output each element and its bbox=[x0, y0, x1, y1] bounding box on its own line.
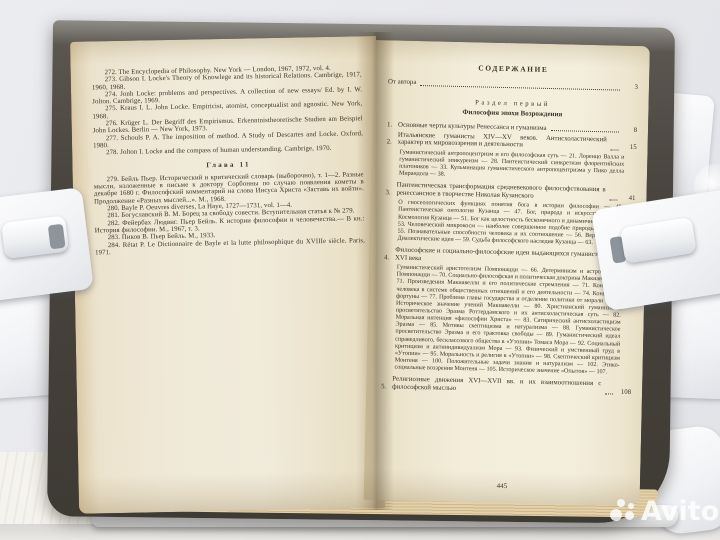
dot-leader bbox=[609, 200, 617, 201]
contents-item: 2. Итальянские гуманисты XIV—XV веков. А… bbox=[387, 131, 637, 151]
item-title: Философские и социально-философские идеи… bbox=[395, 247, 604, 267]
item-title: Пантеистическая трансформация средневеко… bbox=[396, 182, 605, 202]
dot-leader bbox=[611, 149, 619, 150]
clip-slot bbox=[48, 224, 66, 250]
section-title: Философия эпохи Возрождения bbox=[387, 108, 637, 121]
item-note: Гуманистический антропоцентризм и его фи… bbox=[399, 149, 625, 183]
item-note: О гносеологических функциях понятия бога… bbox=[397, 200, 623, 248]
item-title: Основные черты культуры Ренессанса и гум… bbox=[398, 121, 547, 132]
book-photo: 272. The Encyclopedia of Philosophy. New… bbox=[0, 0, 720, 540]
bibliography-text: 272. The Encyclopedia of Philosophy. New… bbox=[92, 64, 366, 256]
page-number: 8 bbox=[623, 126, 637, 134]
contents-from-author-row: От автора 3 bbox=[388, 79, 638, 92]
item-title: Итальянские гуманисты XIV—XV веков. Анти… bbox=[398, 132, 607, 152]
page-number: 41 bbox=[621, 195, 635, 203]
chapter-heading: Глава 11 bbox=[93, 159, 363, 171]
left-page: 272. The Encyclopedia of Philosophy. New… bbox=[70, 36, 385, 514]
book-gutter-shadow bbox=[356, 32, 394, 510]
item-note: Гуманистический аристотелизм Помпонацци … bbox=[394, 265, 621, 377]
contents-item: 5. Религиозные движения XVI—XVII вв. и и… bbox=[381, 376, 631, 396]
page-number: 15 bbox=[623, 144, 637, 152]
page-folio: 445 bbox=[364, 479, 640, 493]
contents-title: СОДЕРЖАНИЕ bbox=[388, 62, 638, 75]
dot-leader bbox=[420, 85, 620, 91]
avito-logo-icon bbox=[610, 498, 637, 526]
book-holder-clip-left bbox=[0, 187, 94, 303]
clip-tab bbox=[620, 217, 697, 264]
page-number: 108 bbox=[617, 388, 631, 396]
page-number: 3 bbox=[624, 84, 638, 92]
item-title: Религиозные движения XVI—XVII вв. и их в… bbox=[392, 376, 601, 396]
avito-brand-text: Avito bbox=[641, 496, 719, 527]
avito-watermark: Avito bbox=[610, 496, 719, 527]
dot-leader bbox=[605, 394, 613, 395]
dot-leader bbox=[550, 130, 618, 133]
